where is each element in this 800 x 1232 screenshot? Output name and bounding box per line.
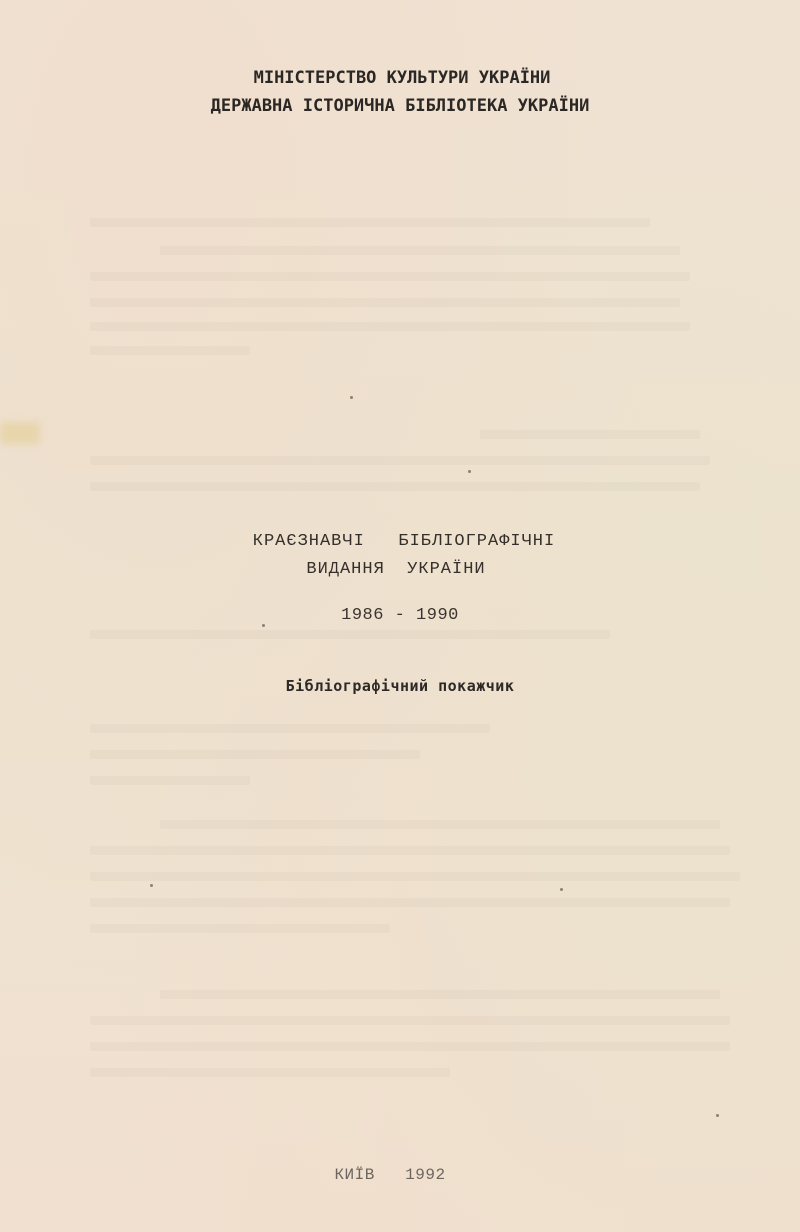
bleed-through-line [90, 482, 700, 491]
bleed-through-line [90, 272, 690, 281]
bleed-through-line [90, 218, 650, 227]
title-line-1: КРАЄЗНАВЧІ БІБЛІОГРАФІЧНІ [4, 532, 800, 551]
bleed-through-line [90, 846, 730, 855]
document-subtitle: Бібліографічний покажчик [0, 677, 800, 695]
bleed-through-line [90, 924, 390, 933]
bleed-through-line [160, 246, 680, 255]
bleed-through-line [90, 898, 730, 907]
paper-speck [468, 470, 471, 473]
paper-speck [350, 396, 353, 399]
bleed-through-line [90, 346, 250, 355]
bleed-through-line [90, 1016, 730, 1025]
paper-speck [716, 1114, 719, 1117]
bleed-through-line [90, 750, 420, 759]
paper-stain [0, 422, 40, 444]
library-header: ДЕРЖАВНА ІСТОРИЧНА БІБЛІОТЕКА УКРАЇНИ [0, 96, 800, 116]
bleed-through-line [90, 298, 680, 307]
bleed-through-line [90, 872, 740, 881]
imprint-city-year: КИЇВ 1992 [0, 1166, 790, 1184]
bleed-through-line [90, 1042, 730, 1051]
paper-speck [150, 884, 153, 887]
paper-speck [560, 888, 563, 891]
bleed-through-line [90, 322, 690, 331]
bleed-through-line [480, 430, 700, 439]
bleed-through-line [90, 456, 710, 465]
bleed-through-line [160, 820, 720, 829]
bleed-through-line [90, 724, 490, 733]
bleed-through-line [160, 990, 720, 999]
bleed-through-line [90, 1068, 450, 1077]
title-line-2: ВИДАННЯ УКРАЇНИ [0, 560, 796, 579]
ministry-header: МІНІСТЕРСТВО КУЛЬТУРИ УКРАЇНИ [2, 68, 800, 88]
year-range: 1986 - 1990 [0, 606, 800, 625]
bleed-through-line [90, 630, 610, 639]
bleed-through-line [90, 776, 250, 785]
